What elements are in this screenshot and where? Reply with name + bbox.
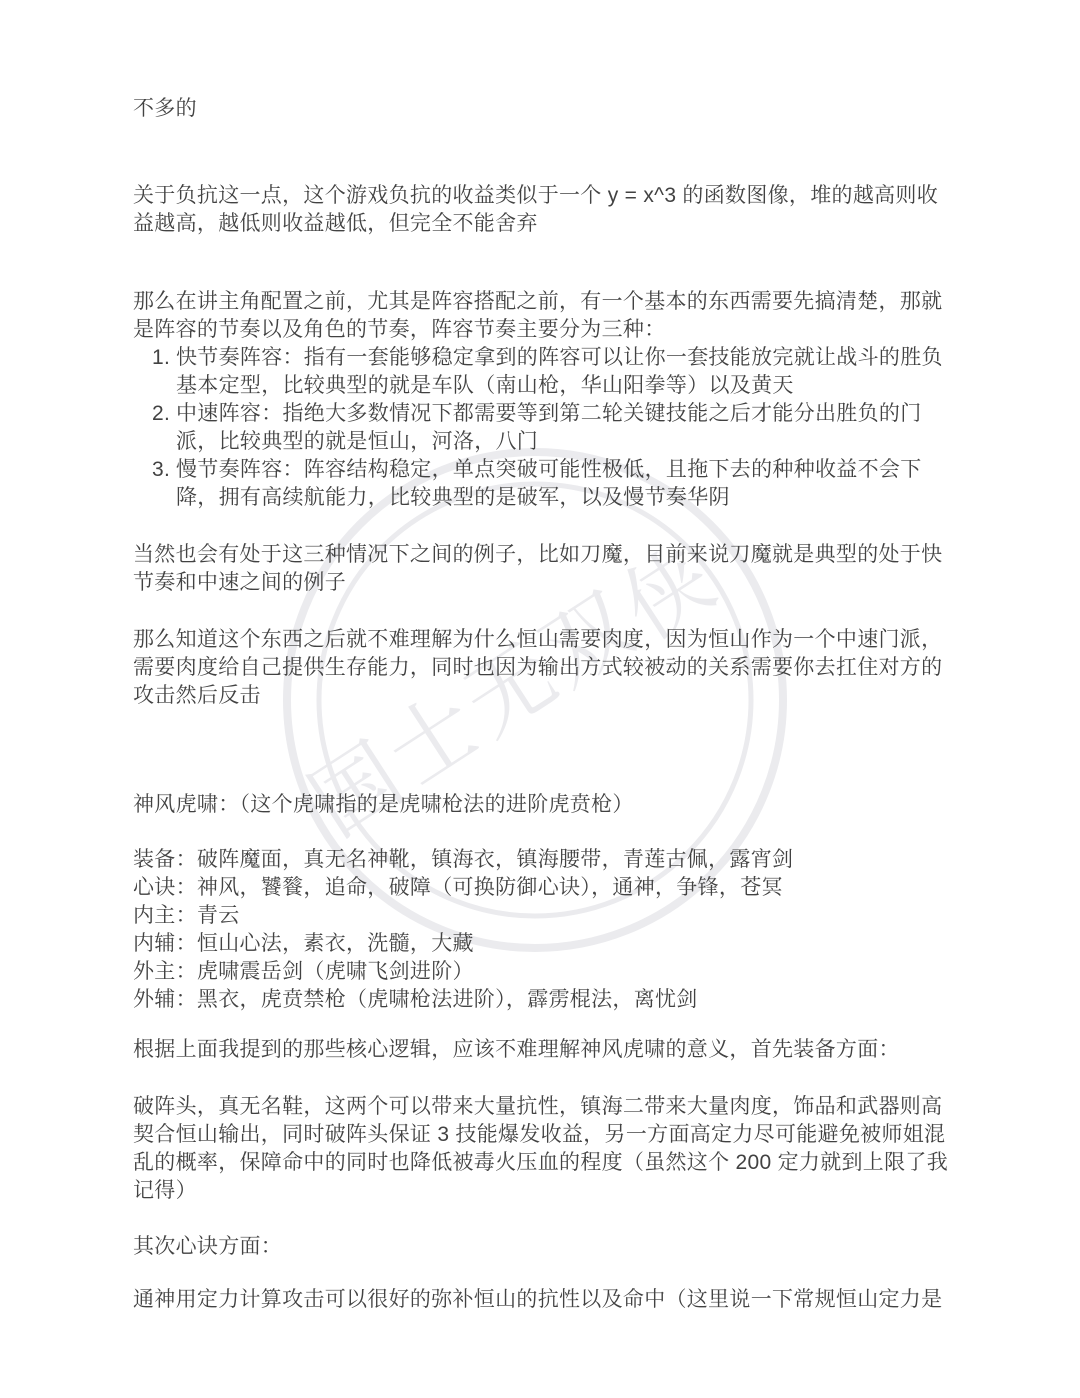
list-item-marker: 3.: [152, 456, 170, 484]
text-line: 快节奏阵容：指有一套能够稳定拿到的阵容可以让你一套技能放完就让战斗的胜负: [176, 344, 993, 372]
paragraph-lineup-intro: 那么在讲主角配置之前，尤其是阵容搭配之前，有一个基本的东西需要先搞清楚，那就 是…: [133, 288, 993, 344]
list-item-marker: 1.: [152, 344, 170, 372]
paragraph-build-title: 神风虎啸：（这个虎啸指的是虎啸枪法的进阶虎贲枪）: [133, 791, 993, 819]
list-item-mid-lineup: 2. 中速阵容：指绝大多数情况下都需要等到第二轮关键技能之后才能分出胜负的门 派…: [133, 400, 993, 456]
paragraph-equipment-explain: 破阵头，真无名鞋，这两个可以带来大量抗性，镇海二带来大量肉度，饰品和武器则高 契…: [133, 1093, 993, 1205]
text-line: 派，比较典型的就是恒山，河洛，八门: [176, 428, 993, 456]
text-line: 慢节奏阵容：阵容结构稳定，单点突破可能性极低，且拖下去的种种收益不会下: [176, 456, 993, 484]
text-line: 根据上面我提到的那些核心逻辑，应该不难理解神风虎啸的意义，首先装备方面：: [133, 1036, 993, 1064]
paragraph-mental-arts-title: 其次心诀方面：: [133, 1233, 993, 1261]
text-line: 其次心诀方面：: [133, 1233, 993, 1261]
paragraph-tongshen: 通神用定力计算攻击可以很好的弥补恒山的抗性以及命中（这里说一下常规恒山定力是: [133, 1286, 993, 1314]
numbered-list: 1. 快节奏阵容：指有一套能够稳定拿到的阵容可以让你一套技能放完就让战斗的胜负 …: [133, 344, 993, 512]
text-line: 契合恒山输出，同时破阵头保证 3 技能爆发收益，另一方面高定力尽可能避免被师姐混: [133, 1121, 993, 1149]
text-line: 不多的: [133, 95, 993, 123]
build-line-outer-main: 外主：虎啸震岳剑（虎啸飞剑进阶）: [133, 958, 993, 986]
text-line: 攻击然后反击: [133, 682, 993, 710]
text-line: 益越高，越低则收益越低，但完全不能舍弃: [133, 210, 993, 238]
document-body: 不多的 关于负抗这一点，这个游戏负抗的收益类似于一个 y = x^3 的函数图像…: [133, 95, 993, 1314]
text-line: 通神用定力计算攻击可以很好的弥补恒山的抗性以及命中（这里说一下常规恒山定力是: [133, 1286, 993, 1314]
paragraph-hengshan-tankiness: 那么知道这个东西之后就不难理解为什么恒山需要肉度，因为恒山作为一个中速门派， 需…: [133, 626, 993, 710]
list-item-marker: 2.: [152, 400, 170, 428]
text-line: 记得）: [133, 1177, 993, 1205]
text-line: 关于负抗这一点，这个游戏负抗的收益类似于一个 y = x^3 的函数图像，堆的越…: [133, 182, 993, 210]
text-line: 中速阵容：指绝大多数情况下都需要等到第二轮关键技能之后才能分出胜负的门: [176, 400, 993, 428]
paragraph-build-logic: 根据上面我提到的那些核心逻辑，应该不难理解神风虎啸的意义，首先装备方面：: [133, 1036, 993, 1064]
list-item-slow-lineup: 3. 慢节奏阵容：阵容结构稳定，单点突破可能性极低，且拖下去的种种收益不会下 降…: [133, 456, 993, 512]
build-line-equipment: 装备：破阵魔面，真无名神靴，镇海衣，镇海腰带，青莲古佩，露宵剑: [133, 846, 993, 874]
text-line: 基本定型，比较典型的就是车队（南山枪，华山阳拳等）以及黄天: [176, 372, 993, 400]
list-item-fast-lineup: 1. 快节奏阵容：指有一套能够稳定拿到的阵容可以让你一套技能放完就让战斗的胜负 …: [133, 344, 993, 400]
text-line: 是阵容的节奏以及角色的节奏，阵容节奏主要分为三种：: [133, 316, 993, 344]
build-block: 装备：破阵魔面，真无名神靴，镇海衣，镇海腰带，青莲古佩，露宵剑 心诀：神风，饕餮…: [133, 846, 993, 1014]
text-line: 需要肉度给自己提供生存能力，同时也因为输出方式较被动的关系需要你去扛住对方的: [133, 654, 993, 682]
text-line: 乱的概率，保障命中的同时也降低被毒火压血的程度（虽然这个 200 定力就到上限了…: [133, 1149, 993, 1177]
build-line-mental-arts: 心诀：神风，饕餮，追命，破障（可换防御心诀），通神，争锋，苍冥: [133, 874, 993, 902]
text-line: 那么知道这个东西之后就不难理解为什么恒山需要肉度，因为恒山作为一个中速门派，: [133, 626, 993, 654]
text-line: 节奏和中速之间的例子: [133, 569, 993, 597]
paragraph-negative-resist: 关于负抗这一点，这个游戏负抗的收益类似于一个 y = x^3 的函数图像，堆的越…: [133, 182, 993, 238]
text-line: 神风虎啸：（这个虎啸指的是虎啸枪法的进阶虎贲枪）: [133, 791, 993, 819]
paragraph-daomo-example: 当然也会有处于这三种情况下之间的例子，比如刀魔，目前来说刀魔就是典型的处于快 节…: [133, 541, 993, 597]
paragraph-budo: 不多的: [133, 95, 993, 123]
build-line-inner-aux: 内辅：恒山心法，素衣，洗髓，大藏: [133, 930, 993, 958]
build-line-inner-main: 内主：青云: [133, 902, 993, 930]
document-page: 国士无双 侠 不多的 关于负抗这一点，这个游戏负抗的收益类似于一个 y = x^…: [0, 0, 1080, 1398]
text-line: 当然也会有处于这三种情况下之间的例子，比如刀魔，目前来说刀魔就是典型的处于快: [133, 541, 993, 569]
text-line: 降，拥有高续航能力，比较典型的是破军，以及慢节奏华阴: [176, 484, 993, 512]
text-line: 破阵头，真无名鞋，这两个可以带来大量抗性，镇海二带来大量肉度，饰品和武器则高: [133, 1093, 993, 1121]
text-line: 那么在讲主角配置之前，尤其是阵容搭配之前，有一个基本的东西需要先搞清楚，那就: [133, 288, 993, 316]
build-line-outer-aux: 外辅：黑衣，虎贲禁枪（虎啸枪法进阶），霹雳棍法，离忧剑: [133, 986, 993, 1014]
